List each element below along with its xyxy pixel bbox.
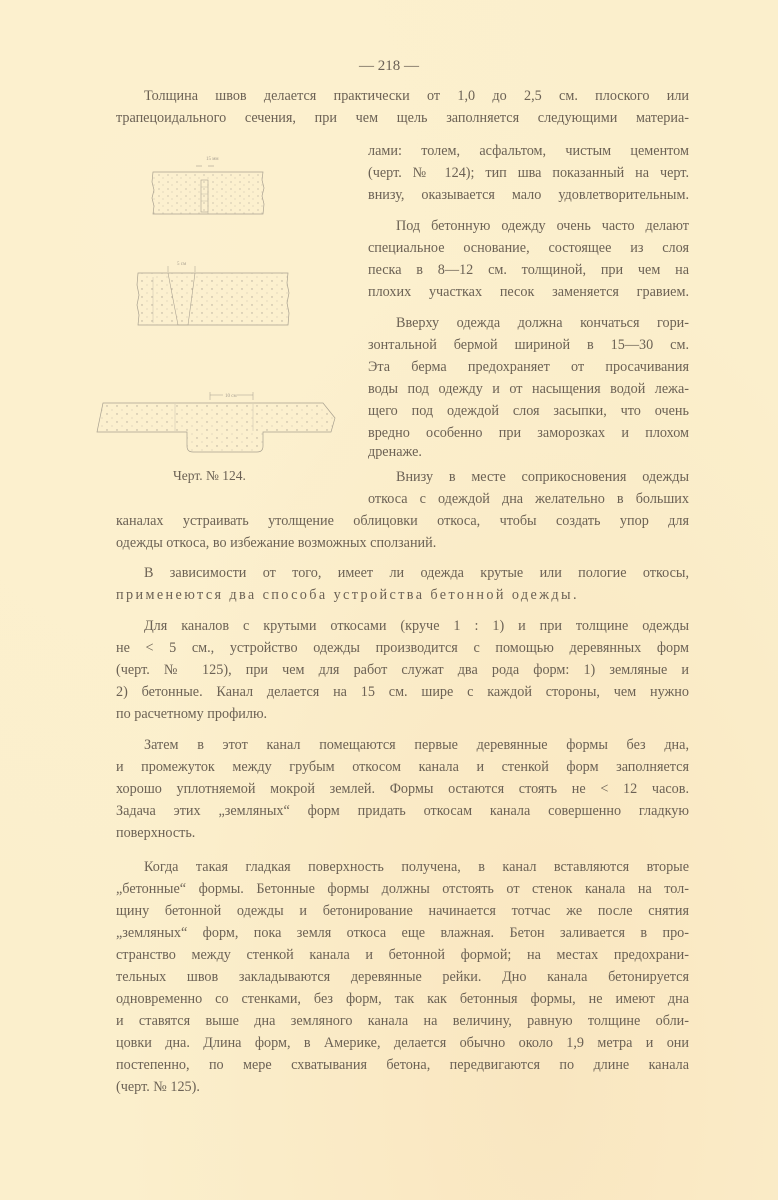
text-line: Вверху одежда должна кончаться гори- — [396, 312, 689, 334]
text-line: не < 5 см., устройство одежды производит… — [116, 637, 689, 659]
figure-flat-joint: 15 мм — [148, 152, 268, 222]
text-line: Толщина швов делается практически от 1,0… — [144, 85, 689, 107]
text-line: (черт. № 125). — [116, 1076, 689, 1098]
text-line: Задача этих „земляных“ форм придать отко… — [116, 800, 689, 822]
text-line: и ставятся выше дна земляного канала на … — [116, 1010, 689, 1032]
text-line: Для каналов с крутыми откосами (круче 1 … — [144, 615, 689, 637]
text-line: применеются два способа устройства бетон… — [116, 584, 689, 606]
text-line: 2) бетонные. Канал делается на 15 см. ши… — [116, 681, 689, 703]
text-line: песка в 8—12 см. толщиной, при чем на — [368, 259, 689, 281]
text-line: поверхность. — [116, 822, 689, 844]
text-line: плохих участках песок заменяется гравием… — [368, 281, 689, 303]
text-line: одежды откоса, во избежание возможных сп… — [116, 532, 689, 554]
text-line: цовки дна. Длина форм, в Америке, делает… — [116, 1032, 689, 1054]
text-line: тельных швов закладываются деревянные ре… — [116, 966, 689, 988]
figure-caption: Черт. № 124. — [173, 468, 246, 484]
dimension-label: 15 мм — [206, 157, 219, 162]
text-line: зонтальной бермой шириной в 15—30 см. — [368, 334, 689, 356]
text-line: щего под одеждой слоя засыпки, что очень — [368, 400, 689, 422]
text-line: постепенно, по мере схватывания бетона, … — [116, 1054, 689, 1076]
text-line: щину бетонной одежды и бетонирование нач… — [116, 900, 689, 922]
text-line: (черт. № 124); тип шва показанный на чер… — [368, 162, 689, 184]
text-line: (черт. № 125), при чем для работ служат … — [116, 659, 689, 681]
dimension-label: 5 см — [177, 262, 187, 267]
text-line: и промежуток между грубым откосом канала… — [116, 756, 689, 778]
text-line: странство между стенкой канала и бетонно… — [116, 944, 689, 966]
text-line: дренаже. — [368, 441, 689, 463]
dimension-label: 10 см — [225, 394, 237, 399]
text-line: В зависимости от того, имеет ли одежда к… — [144, 562, 689, 584]
text-line: трапецоидального сечения, при чем щель з… — [116, 107, 689, 129]
text-line: одновременно со стенками, без форм, так … — [116, 988, 689, 1010]
figure-trapezoidal-joint: 5 см — [130, 255, 295, 335]
text-line: Затем в этот канал помещаются первые дер… — [144, 734, 689, 756]
text-line: воды под одежду и от насыщения водой леж… — [368, 378, 689, 400]
page-number: — 218 — — [0, 58, 778, 75]
text-line: Внизу в месте соприкосновения одежды — [396, 466, 689, 488]
text-line: Когда такая гладкая поверхность получена… — [144, 856, 689, 878]
text-line: каналах устраивать утолщение облицовки о… — [116, 510, 689, 532]
text-line: лами: толем, асфальтом, чистым цементом — [368, 140, 689, 162]
text-line: Под бетонную одежду очень часто делают — [396, 215, 689, 237]
figure-slope-bottom-junction: 10 см — [95, 388, 340, 458]
text-line: откоса с одеждой дна желательно в больши… — [368, 488, 689, 510]
text-line: Эта берма предохраняет от просачивания — [368, 356, 689, 378]
text-line: „бетонные“ формы. Бетонные формы должны … — [116, 878, 689, 900]
text-line: внизу, оказывается мало удовлетворительн… — [368, 184, 689, 206]
text-line: по расчетному профилю. — [116, 703, 689, 725]
text-line: специальное основание, состоящее из слоя — [368, 237, 689, 259]
text-line: „земляных“ форм, пока земля откоса еще в… — [116, 922, 689, 944]
text-line: хорошо уплотняемой мокрой землей. Формы … — [116, 778, 689, 800]
